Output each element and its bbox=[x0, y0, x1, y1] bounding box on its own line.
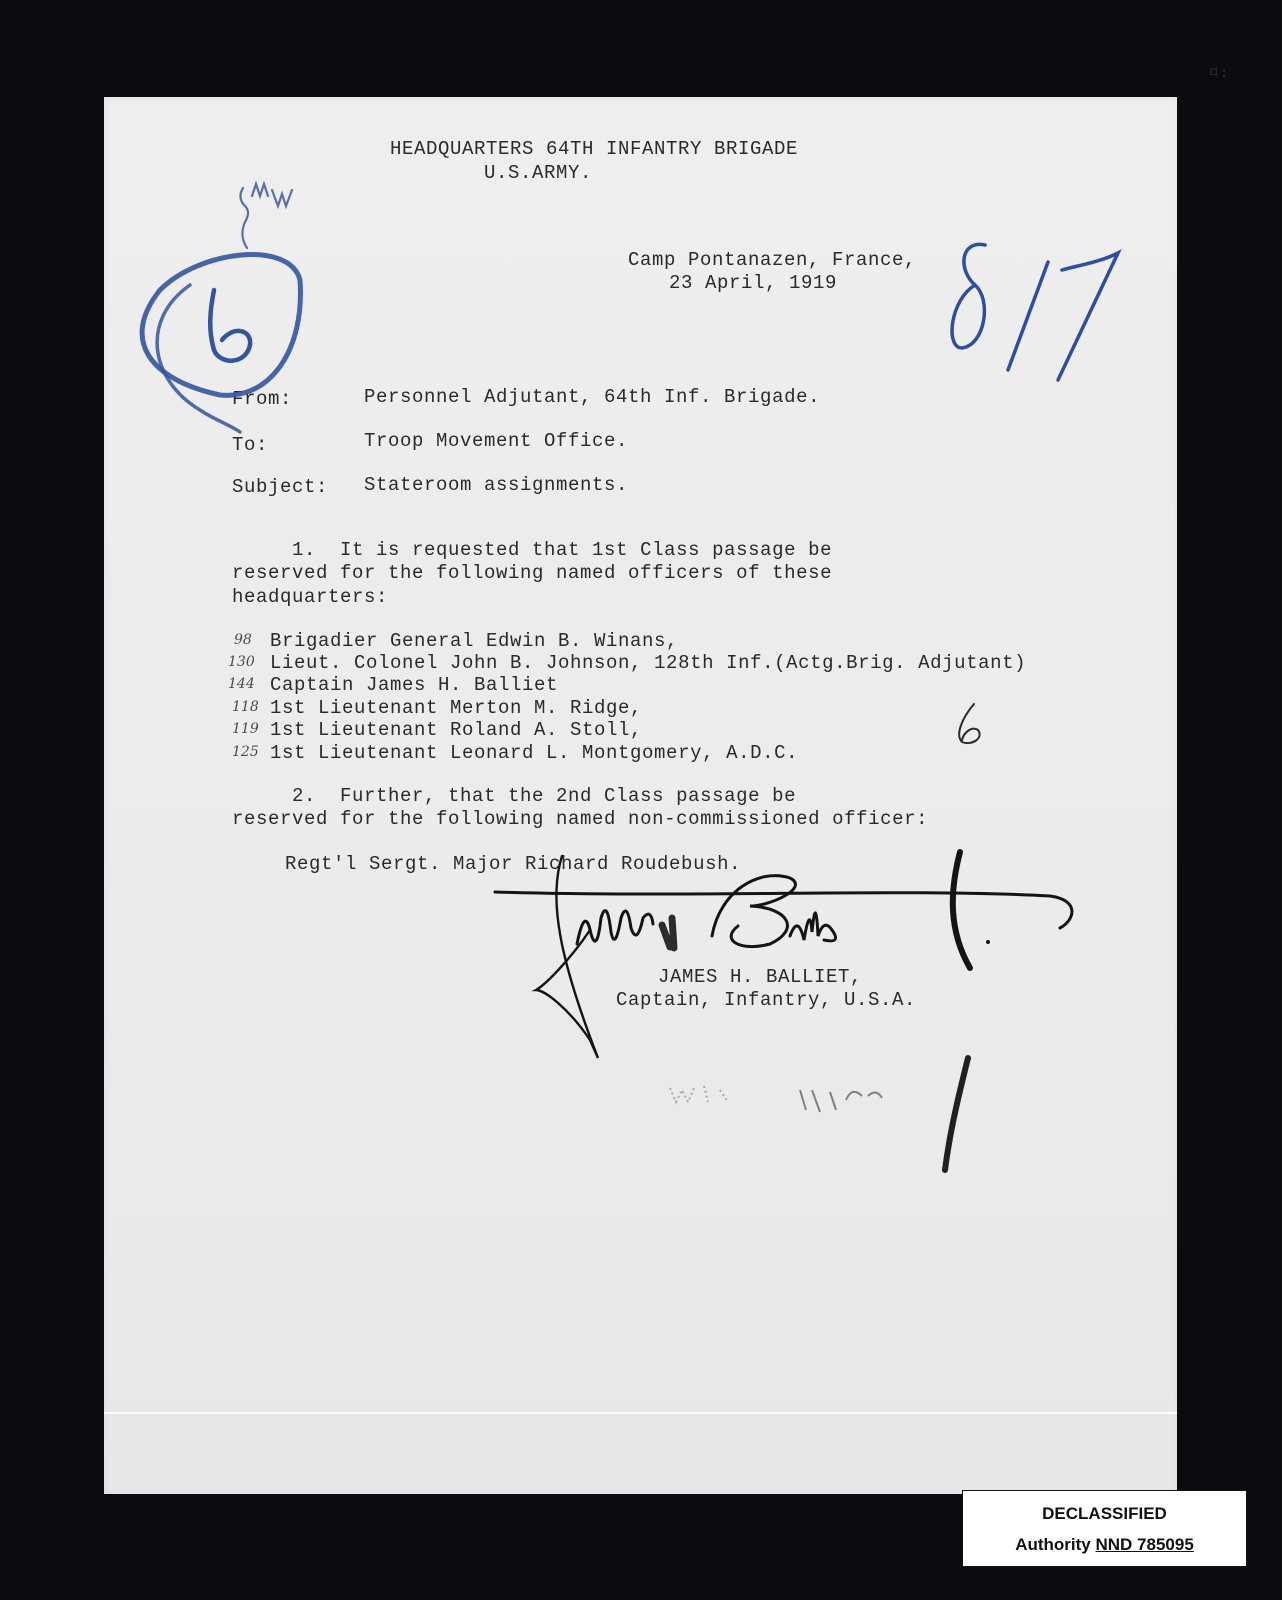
authority-prefix: Authority bbox=[1015, 1535, 1095, 1554]
margin-note: 119 bbox=[232, 721, 259, 737]
margin-note: 130 bbox=[228, 654, 255, 670]
scanner-mark: ⌑ : bbox=[1210, 65, 1226, 81]
margin-note: 118 bbox=[232, 699, 259, 715]
declassified-stamp: DECLASSIFIED Authority NND 785095 bbox=[962, 1490, 1247, 1567]
nco-name: Regt'l Sergt. Major Richard Roudebush. bbox=[285, 853, 741, 875]
paragraph-2-line1: 2. Further, that the 2nd Class passage b… bbox=[232, 785, 796, 807]
from-label: From: bbox=[232, 388, 292, 410]
margin-note: 144 bbox=[228, 676, 255, 692]
paragraph-1-line1: 1. It is requested that 1st Class passag… bbox=[232, 539, 832, 561]
officer-list-item: 1st Lieutenant Roland A. Stoll, bbox=[270, 719, 642, 741]
paragraph-1-line2: reserved for the following named officer… bbox=[232, 562, 832, 584]
letterhead-line2: U.S.ARMY. bbox=[484, 162, 592, 184]
paragraph-2-line2: reserved for the following named non-com… bbox=[232, 808, 928, 830]
letterhead-line1: HEADQUARTERS 64TH INFANTRY BRIGADE bbox=[390, 138, 798, 160]
officer-list-item: Captain James H. Balliet bbox=[270, 674, 558, 696]
authority-code: NND 785095 bbox=[1096, 1535, 1194, 1554]
officer-list-item: 1st Lieutenant Merton M. Ridge, bbox=[270, 697, 642, 719]
margin-note: 125 bbox=[232, 744, 259, 760]
margin-note: 98 bbox=[234, 632, 252, 648]
officer-list-item: 1st Lieutenant Leonard L. Montgomery, A.… bbox=[270, 742, 798, 764]
typed-signer-name: JAMES H. BALLIET, bbox=[658, 966, 862, 988]
declassified-label: DECLASSIFIED bbox=[963, 1504, 1246, 1524]
paragraph-1-line3: headquarters: bbox=[232, 586, 388, 608]
from-value: Personnel Adjutant, 64th Inf. Brigade. bbox=[364, 386, 820, 408]
typed-signer-title: Captain, Infantry, U.S.A. bbox=[616, 989, 916, 1011]
subject-label: Subject: bbox=[232, 476, 328, 498]
date: 23 April, 1919 bbox=[669, 272, 837, 294]
paper-fold-line bbox=[104, 1412, 1177, 1414]
subject-value: Stateroom assignments. bbox=[364, 474, 628, 496]
officer-list-item: Brigadier General Edwin B. Winans, bbox=[270, 630, 678, 652]
officer-list-item: Lieut. Colonel John B. Johnson, 128th In… bbox=[270, 652, 1026, 674]
to-value: Troop Movement Office. bbox=[364, 430, 628, 452]
place: Camp Pontanazen, France, bbox=[628, 249, 916, 271]
declassified-authority: Authority NND 785095 bbox=[963, 1535, 1246, 1555]
to-label: To: bbox=[232, 434, 268, 456]
